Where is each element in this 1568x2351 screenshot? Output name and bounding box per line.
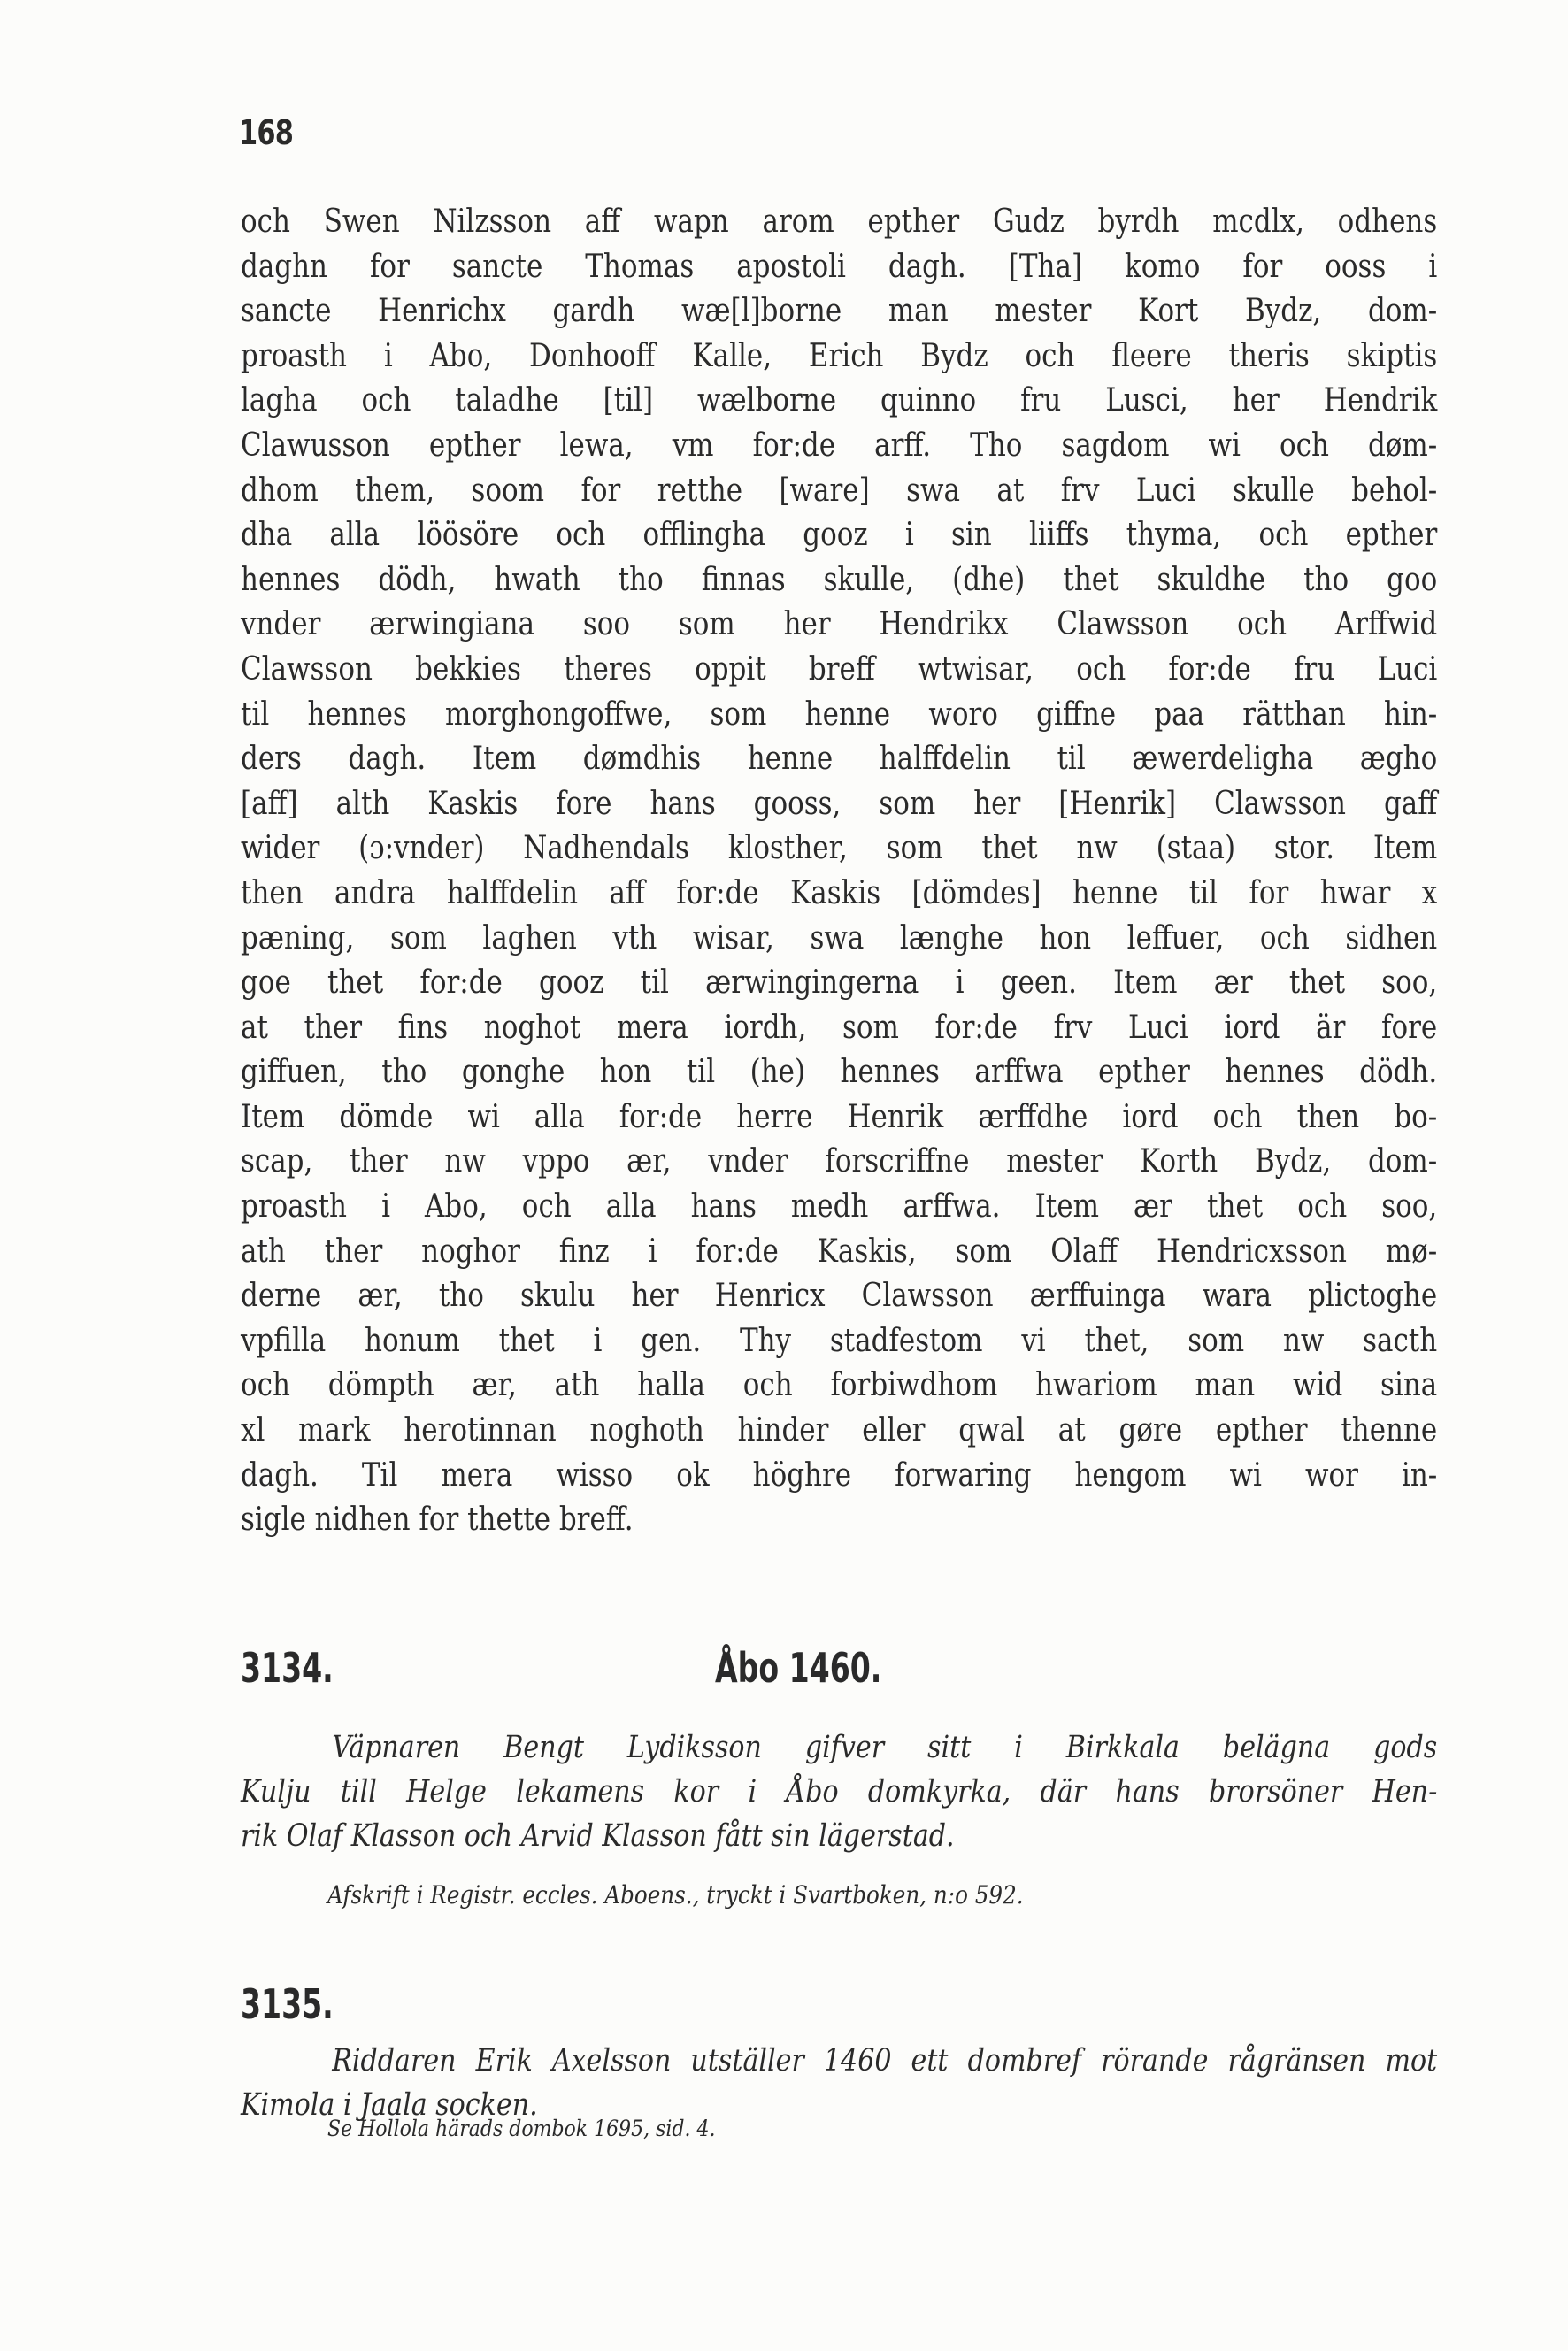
summary-line: rik Olaf Klasson och Arvid Klasson fått … bbox=[241, 1814, 1437, 1858]
text-line: pæning, som laghen vth wisar, swa længhe… bbox=[241, 917, 1437, 962]
entry-summary-3134: Väpnaren Bengt Lydiksson gifver sitt i B… bbox=[241, 1725, 1437, 1858]
entry-source-3134: Afskrift i Registr. eccles. Aboens., try… bbox=[327, 1880, 1024, 1909]
text-line: giffuen, tho gonghe hon til (he) hennes … bbox=[241, 1050, 1437, 1095]
text-line: wider (ɔ:vnder) Nadhendals klosther, som… bbox=[241, 826, 1437, 872]
text-line: scap, ther nw vppo ær, vnder forscriffne… bbox=[241, 1140, 1437, 1185]
text-line: Clawusson epther lewa, vm for:de arff. T… bbox=[241, 424, 1437, 469]
summary-line: Kulju till Helge lekamens kor i Åbo domk… bbox=[241, 1770, 1437, 1814]
text-line: hennes dödh, hwath tho finnas skulle, (d… bbox=[241, 558, 1437, 603]
text-line: ath ther noghor finz i for:de Kaskis, so… bbox=[241, 1230, 1437, 1275]
text-line: at ther fins noghot mera iordh, som for:… bbox=[241, 1006, 1437, 1051]
text-line: ders dagh. Item dømdhis henne halffdelin… bbox=[241, 737, 1437, 782]
text-line: proasth i Abo, Donhooff Kalle, Erich Byd… bbox=[241, 334, 1437, 380]
entry-source-3135: Se Hollola härads dombok 1695, sid. 4. bbox=[327, 2116, 715, 2141]
text-line: proasth i Abo, och alla hans medh arffwa… bbox=[241, 1185, 1437, 1230]
summary-line: Riddaren Erik Axelsson utställer 1460 et… bbox=[241, 2039, 1437, 2083]
text-line: och Swen Nilzsson aff wapn arom epther G… bbox=[241, 200, 1437, 245]
document-body-text: och Swen Nilzsson aff wapn arom epther G… bbox=[241, 200, 1437, 1543]
text-line: sigle nidhen for thette breff. bbox=[241, 1498, 1437, 1543]
text-line: daghn for sancte Thomas apostoli dagh. [… bbox=[241, 245, 1437, 290]
page-number: 168 bbox=[239, 113, 293, 152]
text-line: [aff] alth Kaskis fore hans gooss, som h… bbox=[241, 782, 1437, 827]
text-line: vnder ærwingiana soo som her Hendrikx Cl… bbox=[241, 603, 1437, 648]
entry-number-3135: 3135. bbox=[241, 1980, 334, 2028]
text-line: dhom them, soom for retthe [ware] swa at… bbox=[241, 469, 1437, 514]
text-line: derne ær, tho skulu her Henricx Clawsson… bbox=[241, 1274, 1437, 1319]
text-line: then andra halffdelin aff for:de Kaskis … bbox=[241, 872, 1437, 917]
text-line: sancte Henrichx gardh wæ[l]borne man mes… bbox=[241, 289, 1437, 334]
entry-summary-3135: Riddaren Erik Axelsson utställer 1460 et… bbox=[241, 2039, 1437, 2127]
text-line: dagh. Til mera wisso ok höghre forwaring… bbox=[241, 1454, 1437, 1499]
text-line: goe thet for:de gooz til ærwingingerna i… bbox=[241, 961, 1437, 1006]
text-line: och dömpth ær, ath halla och forbiwdhom … bbox=[241, 1364, 1437, 1409]
text-line: vpfilla honum thet i gen. Thy stadfestom… bbox=[241, 1319, 1437, 1364]
entry-number-3134: 3134. bbox=[241, 1644, 334, 1692]
text-line: lagha och taladhe [til] wælborne quinno … bbox=[241, 379, 1437, 424]
text-line: Item dömde wi alla for:de herre Henrik æ… bbox=[241, 1095, 1437, 1141]
text-line: dha alla löösöre och offlingha gooz i si… bbox=[241, 513, 1437, 558]
entry-place-date: Åbo 1460. bbox=[715, 1644, 881, 1692]
text-line: Clawsson bekkies theres oppit breff wtwi… bbox=[241, 648, 1437, 693]
summary-line: Väpnaren Bengt Lydiksson gifver sitt i B… bbox=[241, 1725, 1437, 1770]
text-line: til hennes morghongoffwe, som henne woro… bbox=[241, 693, 1437, 738]
text-line: xl mark herotinnan noghoth hinder eller … bbox=[241, 1409, 1437, 1454]
